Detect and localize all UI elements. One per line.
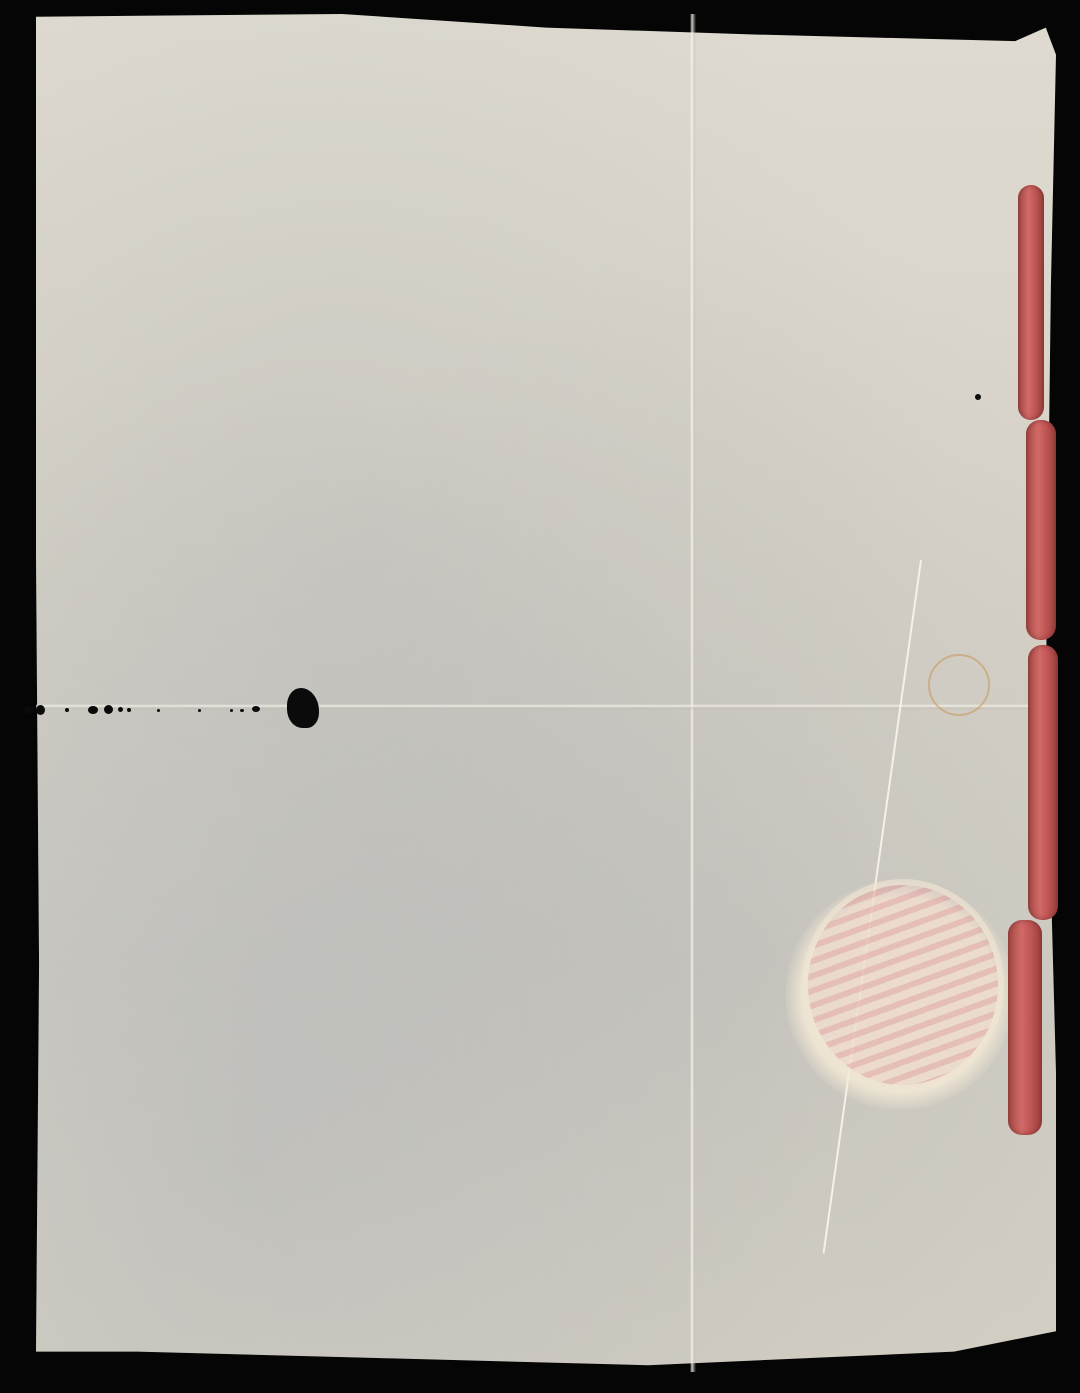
small-hole: [975, 394, 981, 400]
stain-ring: [928, 654, 990, 716]
vertical-fold: [690, 14, 696, 1372]
horizontal-fold: [36, 704, 1056, 710]
wafer-seal: [808, 885, 998, 1085]
